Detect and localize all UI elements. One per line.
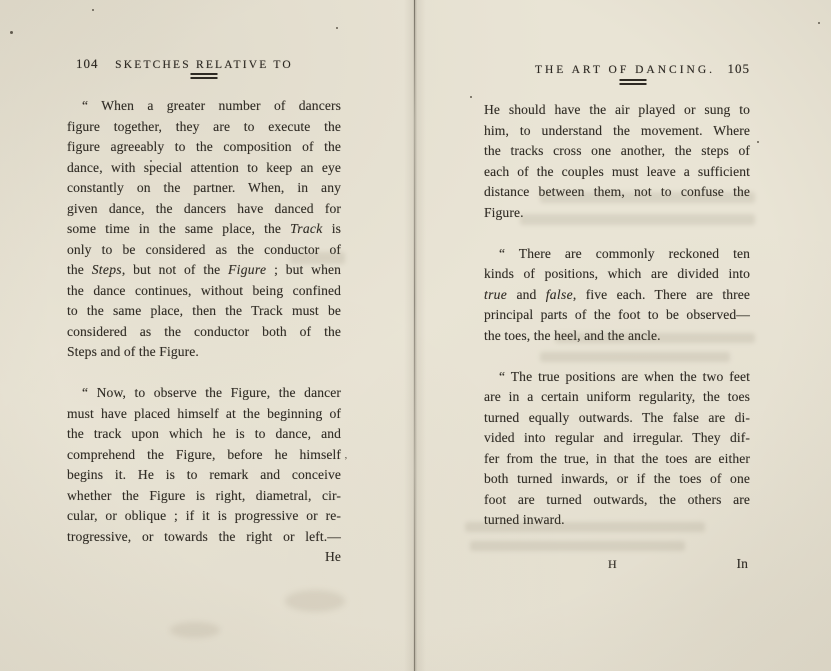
left-running-title: SKETCHES RELATIVE TO (109, 59, 299, 71)
text-line: turned inward. (484, 510, 750, 531)
text-line: “ The true positions are when the two fe… (484, 367, 750, 388)
text-line: fer from the true, in that the toes are … (484, 449, 750, 470)
double-rule-ornament (619, 79, 646, 87)
text-line: vided into regular and irregular. They d… (484, 428, 750, 449)
text-line: cular, or oblique ; if it is progressive… (67, 506, 341, 527)
right-running-header: THE ART OF DANCING. 105 (484, 61, 750, 77)
text-line: He should have the air played or sung to (484, 100, 750, 121)
paragraph: “ Now, to observe the Figure, the dancer… (67, 383, 341, 547)
foxing-speck (818, 22, 820, 24)
text-line: “ When a greater number of dancers (67, 96, 341, 117)
catchword: In (736, 554, 748, 575)
text-line: foot are turned outwards, the others are (484, 490, 750, 511)
text-line: some time in the same place, the Track i… (67, 219, 341, 240)
paper-blot (170, 622, 220, 638)
text-line: turned equally outwards. The false are d… (484, 408, 750, 429)
text-line: whether the Figure is right, diametral, … (67, 486, 341, 507)
stray-ink-mark: ’ (344, 455, 348, 467)
text-line: distance between them, not to confuse th… (484, 182, 750, 203)
text-line: the Steps, but not of the Figure ; but w… (67, 260, 341, 281)
foxing-speck (336, 27, 338, 29)
left-text-block: “ When a greater number of dancersfigure… (67, 96, 341, 568)
text-line: dance, with special attention to keep an… (67, 158, 341, 179)
text-line: him, to understand the movement. Where (484, 121, 750, 142)
left-page: 104 SKETCHES RELATIVE TO “ When a greate… (67, 52, 341, 612)
text-line: Figure. (484, 203, 750, 224)
text-line: “ There are commonly reckoned ten (484, 244, 750, 265)
paragraph: “ The true positions are when the two fe… (484, 367, 750, 531)
foxing-speck (470, 96, 472, 98)
paragraph: “ There are commonly reckoned tenkinds o… (484, 244, 750, 347)
right-text-block: He should have the air played or sung to… (484, 100, 750, 574)
text-line: figure agreeably to the composition of t… (67, 137, 341, 158)
signature-line: HIn (484, 554, 750, 575)
text-line: considered as the conductor both of the (67, 322, 341, 343)
text-line: “ Now, to observe the Figure, the dancer (67, 383, 341, 404)
right-page: THE ART OF DANCING. 105 He should have t… (484, 52, 750, 622)
foxing-speck (757, 141, 759, 143)
text-line: to the same place, then the Track must b… (67, 301, 341, 322)
text-line: constantly on the partner. When, in any (67, 178, 341, 199)
text-line: kinds of positions, which are divided in… (484, 264, 750, 285)
text-line: Steps and of the Figure. (67, 342, 341, 363)
signature-mark: H (608, 554, 617, 575)
text-line: only to be considered as the conductor o… (67, 240, 341, 261)
text-line: true and false, five each. There are thr… (484, 285, 750, 306)
catchword: He (67, 547, 341, 568)
right-running-title: THE ART OF DANCING. (534, 64, 716, 76)
text-line: trogressive, or towards the right or lef… (67, 527, 341, 548)
text-line: principal parts of the foot to be observ… (484, 305, 750, 326)
text-line: the dance continues, without being confi… (67, 281, 341, 302)
left-page-number: 104 (67, 56, 109, 72)
text-line: the tracks cross one another, the steps … (484, 141, 750, 162)
text-line: begins it. He is to remark and conceive (67, 465, 341, 486)
left-running-header: 104 SKETCHES RELATIVE TO (67, 56, 341, 72)
foxing-speck (10, 31, 13, 34)
text-line: both turned inwards, or if the toes of o… (484, 469, 750, 490)
text-line: each of the couples must leave a suffici… (484, 162, 750, 183)
paragraph: He should have the air played or sung to… (484, 100, 750, 223)
text-line: are in a certain uniform regularity, the… (484, 387, 750, 408)
foxing-speck (92, 9, 94, 11)
text-line: given dance, the dancers have danced for (67, 199, 341, 220)
book-scan: 104 SKETCHES RELATIVE TO “ When a greate… (0, 0, 831, 671)
text-line: comprehend the Figure, before he himself (67, 445, 341, 466)
text-line: figure together, they are to execute the (67, 117, 341, 138)
text-line: must have placed himself at the beginnin… (67, 404, 341, 425)
text-line: the track upon which he is to dance, and (67, 424, 341, 445)
gutter-crease (404, 0, 426, 671)
text-line: the toes, the heel, and the ancle. (484, 326, 750, 347)
double-rule-ornament (191, 73, 218, 81)
paragraph: “ When a greater number of dancersfigure… (67, 96, 341, 363)
